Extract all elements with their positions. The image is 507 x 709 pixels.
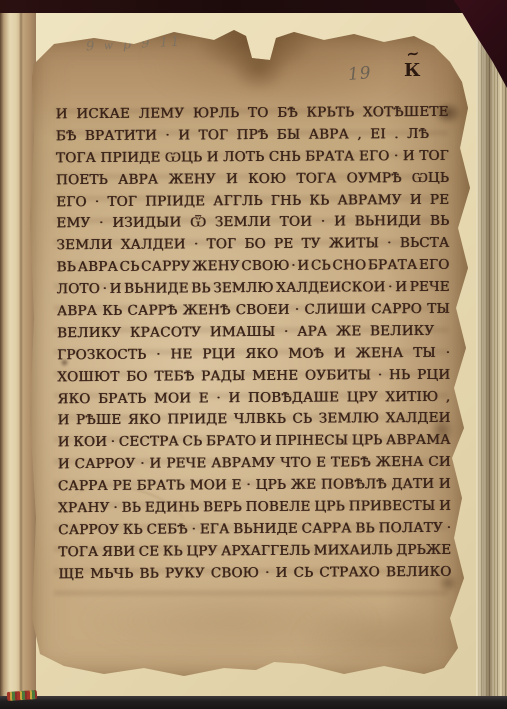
- cover-bottom-edge: [0, 696, 507, 709]
- manuscript-line: ГРОЗКОСТЬ·НЕРЦИЯКОМОѢИЖЕНАТЫ·: [57, 343, 450, 367]
- manuscript-line: ЗЕМЛИХАЛДЕИ·ТОГБОРЕТУЖИТЫ·ВЬСТА: [56, 233, 449, 257]
- manuscript-line: ХРАНУ·ВЬЕДИНЬВЕРЬПОВЕЛЕЦРЬПРИВЕСТЫИ: [58, 496, 451, 520]
- manuscript-line: ИИСКАЕЛЕМУЮРЛЬТОБѢКРЬТЬХОТѢШЕТЕ: [56, 102, 449, 126]
- page-edge-stack: [476, 6, 507, 698]
- manuscript-line: ИРѢШЕЯКОПРІИДЕЧЛВКЬСЬЗЕМЛЮХАЛДЕИ: [57, 408, 450, 432]
- manuscript-line: ВЕЛИКУКРАСОТУИМАШЫ·АРАЖЕВЕЛИКУ: [57, 321, 434, 345]
- manuscript-line: ЩЕМЬЧЬВЬРУКУСВОЮ·ИСЬСТРАХОВЕЛИКО: [58, 561, 451, 585]
- folio-number: 19: [347, 63, 372, 85]
- manuscript-line: ИСАРРОУ·ИРЕЧЕАВРАМУЧТОЕТЕБѢЖЕНАСИ: [58, 452, 451, 476]
- manuscript-line: САРРАРЕБРАТЬМОИЕ·ЦРЬЖЕПОВѢЛѢДАТИИ: [58, 474, 451, 498]
- manuscript-line: ТОГАЯВИСЕКЬЦРУАРХАГГЕЛЬМИХАИЛЬДРЬЖЕ: [58, 540, 451, 564]
- manuscript-line: ТОГАПРІИДЕѠЦЬИЛОТЬСНЬБРАТАЕГО·ИТОГ: [56, 146, 449, 170]
- text-block: ИИСКАЕЛЕМУЮРЛЬТОБѢКРЬТЬХОТѢШЕТЕБѢВРАТИТИ…: [56, 102, 452, 586]
- manuscript-line: ЕМУ·ИЗИДЫИѾЗЕМЛИТОИ·ИВЬНИДИВЬ: [56, 211, 449, 235]
- book-gutter: [0, 8, 36, 700]
- manuscript-line: ИКОИ·СЕСТРАСЬБРАТОИПРІНЕСЫЦРЬАВРАМА: [58, 430, 451, 454]
- manuscript-line: БѢВРАТИТИ·ИТОГПРѢБЫАВРА,ЕІ.ЛѢ: [56, 124, 429, 148]
- quire-mark: К: [404, 60, 420, 81]
- manuscript-line: ЛОТО·ИВЬНИДЕВЬЗЕМЛЮХАЛДЕИСКОИ·ИРЕЧЕ: [57, 277, 450, 301]
- manuscript-line: ЕГО·ТОГПРІИДЕАГГЛЬГНЬКЬАВРАМУИРЕ: [56, 189, 449, 213]
- binding-top-edge: [0, 0, 507, 13]
- manuscript-line: САРРОУКЬСЕБѢ·ЕГАВЬНИДЕСАРРАВЬПОЛАТУ·: [58, 518, 451, 542]
- manuscript-line: ВЬАВРАСЬСАРРУЖЕНУСВОЮ·ИСЬСНОБРАТАЕГО: [56, 255, 449, 279]
- manuscript-line: ЯКОБРАТЬМОИЕ·ИПОВѢДАШЕЦРУХИТІЮ,: [57, 386, 450, 410]
- manuscript-photo: 9 ѡ р 9 11 19 ~ К ИИСКАЕЛЕМУЮРЛЬТОБѢКРЬТ…: [0, 0, 507, 709]
- manuscript-page: 9 ѡ р 9 11 19 ~ К ИИСКАЕЛЕМУЮРЛЬТОБѢКРЬТ…: [24, 18, 480, 686]
- manuscript-line: ХОШЮТБОТЕБѢРАДЫМЕНЕОУБИТЫ·НЬРЦИ: [57, 364, 450, 388]
- manuscript-line: ПОЕТЬАВРАЖЕНУИКОЮТОГАОУМРѢѠЦЬ: [56, 167, 449, 191]
- manuscript-line: АВРАКЬСАРРѢЖЕНѢСВОЕИ·СЛИШИСАРРОТЫ: [57, 299, 450, 323]
